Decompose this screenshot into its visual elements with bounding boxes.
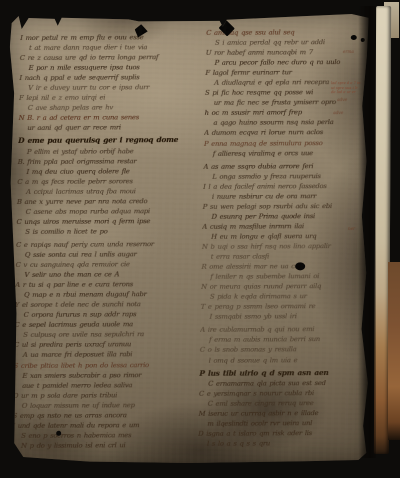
binding-spine-leather [388, 262, 400, 440]
text-column-left: I mor petul re m emp flu e ouu esset at … [12, 32, 204, 451]
manuscript-line: I ssmqabi ssmo yb ussl iri [200, 311, 372, 322]
parchment-hole [295, 262, 305, 270]
margin-note: adve [333, 110, 343, 115]
manuscript-line: l s lo a s q s s qru [198, 438, 370, 449]
gloss-line: de lad e ur er [331, 90, 381, 95]
parchment-hole [351, 35, 357, 40]
manuscript-page: I mor petul re m emp flu e ouu esset at … [7, 11, 376, 465]
margin-note: adve [337, 97, 347, 102]
margin-note: ner [348, 226, 355, 231]
parchment-hole [56, 431, 61, 436]
holes-layer [7, 11, 373, 13]
manuscript-line: ur aani qd quer ar rece mri [18, 122, 202, 133]
parchment-hole [361, 38, 365, 42]
manuscript-line: f allieresq viralimq e orcs uue [204, 147, 376, 158]
marginal-gloss-block: lad spre d e 7 inut spre sua i lrde lad … [331, 81, 381, 95]
manuscript-line: S is comilio n licet te po [16, 226, 200, 237]
margin-notes-layer: ermaadveadvener [7, 11, 373, 13]
manuscript-line: N p do y lissimulo isl eni crl ui [12, 440, 196, 451]
margin-note: erma [343, 49, 354, 54]
manuscript-line: l omq d ssonue q lm uia e [199, 354, 371, 365]
photograph-stage: I mor petul re m emp flu e ouu esset at … [0, 0, 400, 478]
